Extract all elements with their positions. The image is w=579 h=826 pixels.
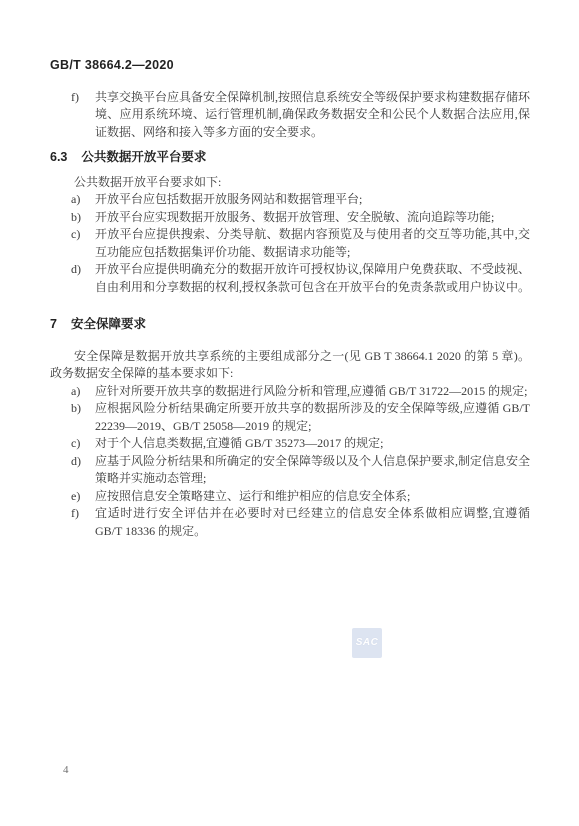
page-content: GB/T 38664.2—2020 f) 共享交换平台应具备安全保障机制,按照信… — [0, 0, 579, 540]
list-item: e) 应按照信息安全策略建立、运行和维护相应的信息安全体系; — [50, 488, 530, 506]
list-item-text: 应针对所要开放共享的数据进行风险分析和管理,应遵循 GB/T 31722—201… — [95, 383, 530, 401]
list-item-label: f) — [71, 505, 95, 540]
section-heading-7: 7安全保障要求 — [50, 316, 530, 334]
section-number: 6.3 — [50, 150, 67, 164]
section-heading-6-3: 6.3公共数据开放平台要求 — [50, 149, 530, 167]
list-item: f) 宜适时进行安全评估并在必要时对已经建立的信息安全体系做相应调整,宜遵循 G… — [50, 505, 530, 540]
list-item: a) 应针对所要开放共享的数据进行风险分析和管理,应遵循 GB/T 31722—… — [50, 383, 530, 401]
list-item-label: a) — [71, 383, 95, 401]
list-item-label: c) — [71, 226, 95, 261]
list-item-label: a) — [71, 191, 95, 209]
list-item-label: f) — [71, 89, 95, 142]
list-item-text: 开放平台应提供搜索、分类导航、数据内容预览及与使用者的交互等功能,其中,交互功能… — [95, 226, 530, 261]
section-title: 公共数据开放平台要求 — [81, 150, 206, 164]
list-item: b) 应根据风险分析结果确定所要开放共享的数据所涉及的安全保障等级,应遵循 GB… — [50, 400, 530, 435]
list-item-label: d) — [71, 261, 95, 296]
list-item-text: 应按照信息安全策略建立、运行和维护相应的信息安全体系; — [95, 488, 530, 506]
list-item: d) 开放平台应提供明确充分的数据开放许可授权协议,保障用户免费获取、不受歧视、… — [50, 261, 530, 296]
list-item: a) 开放平台应包括数据开放服务网站和数据管理平台; — [50, 191, 530, 209]
list-item-text: 开放平台应提供明确充分的数据开放许可授权协议,保障用户免费获取、不受歧视、自由利… — [95, 261, 530, 296]
list-item-text: 对于个人信息类数据,宜遵循 GB/T 35273—2017 的规定; — [95, 435, 530, 453]
document-page: GB/T 38664.2—2020 f) 共享交换平台应具备安全保障机制,按照信… — [0, 0, 579, 826]
list-item: c) 对于个人信息类数据,宜遵循 GB/T 35273—2017 的规定; — [50, 435, 530, 453]
list-item-label: b) — [71, 209, 95, 227]
section-intro: 公共数据开放平台要求如下: — [50, 174, 530, 192]
list-item-text: 开放平台应包括数据开放服务网站和数据管理平台; — [95, 191, 530, 209]
list-item: f) 共享交换平台应具备安全保障机制,按照信息系统安全等级保护要求构建数据存储环… — [50, 89, 530, 142]
list-item-text: 共享交换平台应具备安全保障机制,按照信息系统安全等级保护要求构建数据存储环境、应… — [95, 89, 530, 142]
list-item-text: 开放平台应实现数据开放服务、数据开放管理、安全脱敏、流向追踪等功能; — [95, 209, 530, 227]
section-intro: 安全保障是数据开放共享系统的主要组成部分之一(见 GB T 38664.1 20… — [50, 348, 530, 383]
list-item-text: 应根据风险分析结果确定所要开放共享的数据所涉及的安全保障等级,应遵循 GB/T … — [95, 400, 530, 435]
list-item: d) 应基于风险分析结果和所确定的安全保障等级以及个人信息保护要求,制定信息安全… — [50, 453, 530, 488]
list-item-text: 应基于风险分析结果和所确定的安全保障等级以及个人信息保护要求,制定信息安全策略并… — [95, 453, 530, 488]
section-title: 安全保障要求 — [71, 317, 146, 331]
list-item: b) 开放平台应实现数据开放服务、数据开放管理、安全脱敏、流向追踪等功能; — [50, 209, 530, 227]
list-item-label: c) — [71, 435, 95, 453]
list-item-label: e) — [71, 488, 95, 506]
section-number: 7 — [50, 317, 57, 331]
sac-watermark-logo: SAC — [352, 628, 382, 658]
list-item-label: d) — [71, 453, 95, 488]
list-item: c) 开放平台应提供搜索、分类导航、数据内容预览及与使用者的交互等功能,其中,交… — [50, 226, 530, 261]
list-item-text: 宜适时进行安全评估并在必要时对已经建立的信息安全体系做相应调整,宜遵循 GB/T… — [95, 505, 530, 540]
list-item-label: b) — [71, 400, 95, 435]
standard-number-header: GB/T 38664.2—2020 — [50, 57, 530, 75]
page-number: 4 — [63, 764, 69, 776]
